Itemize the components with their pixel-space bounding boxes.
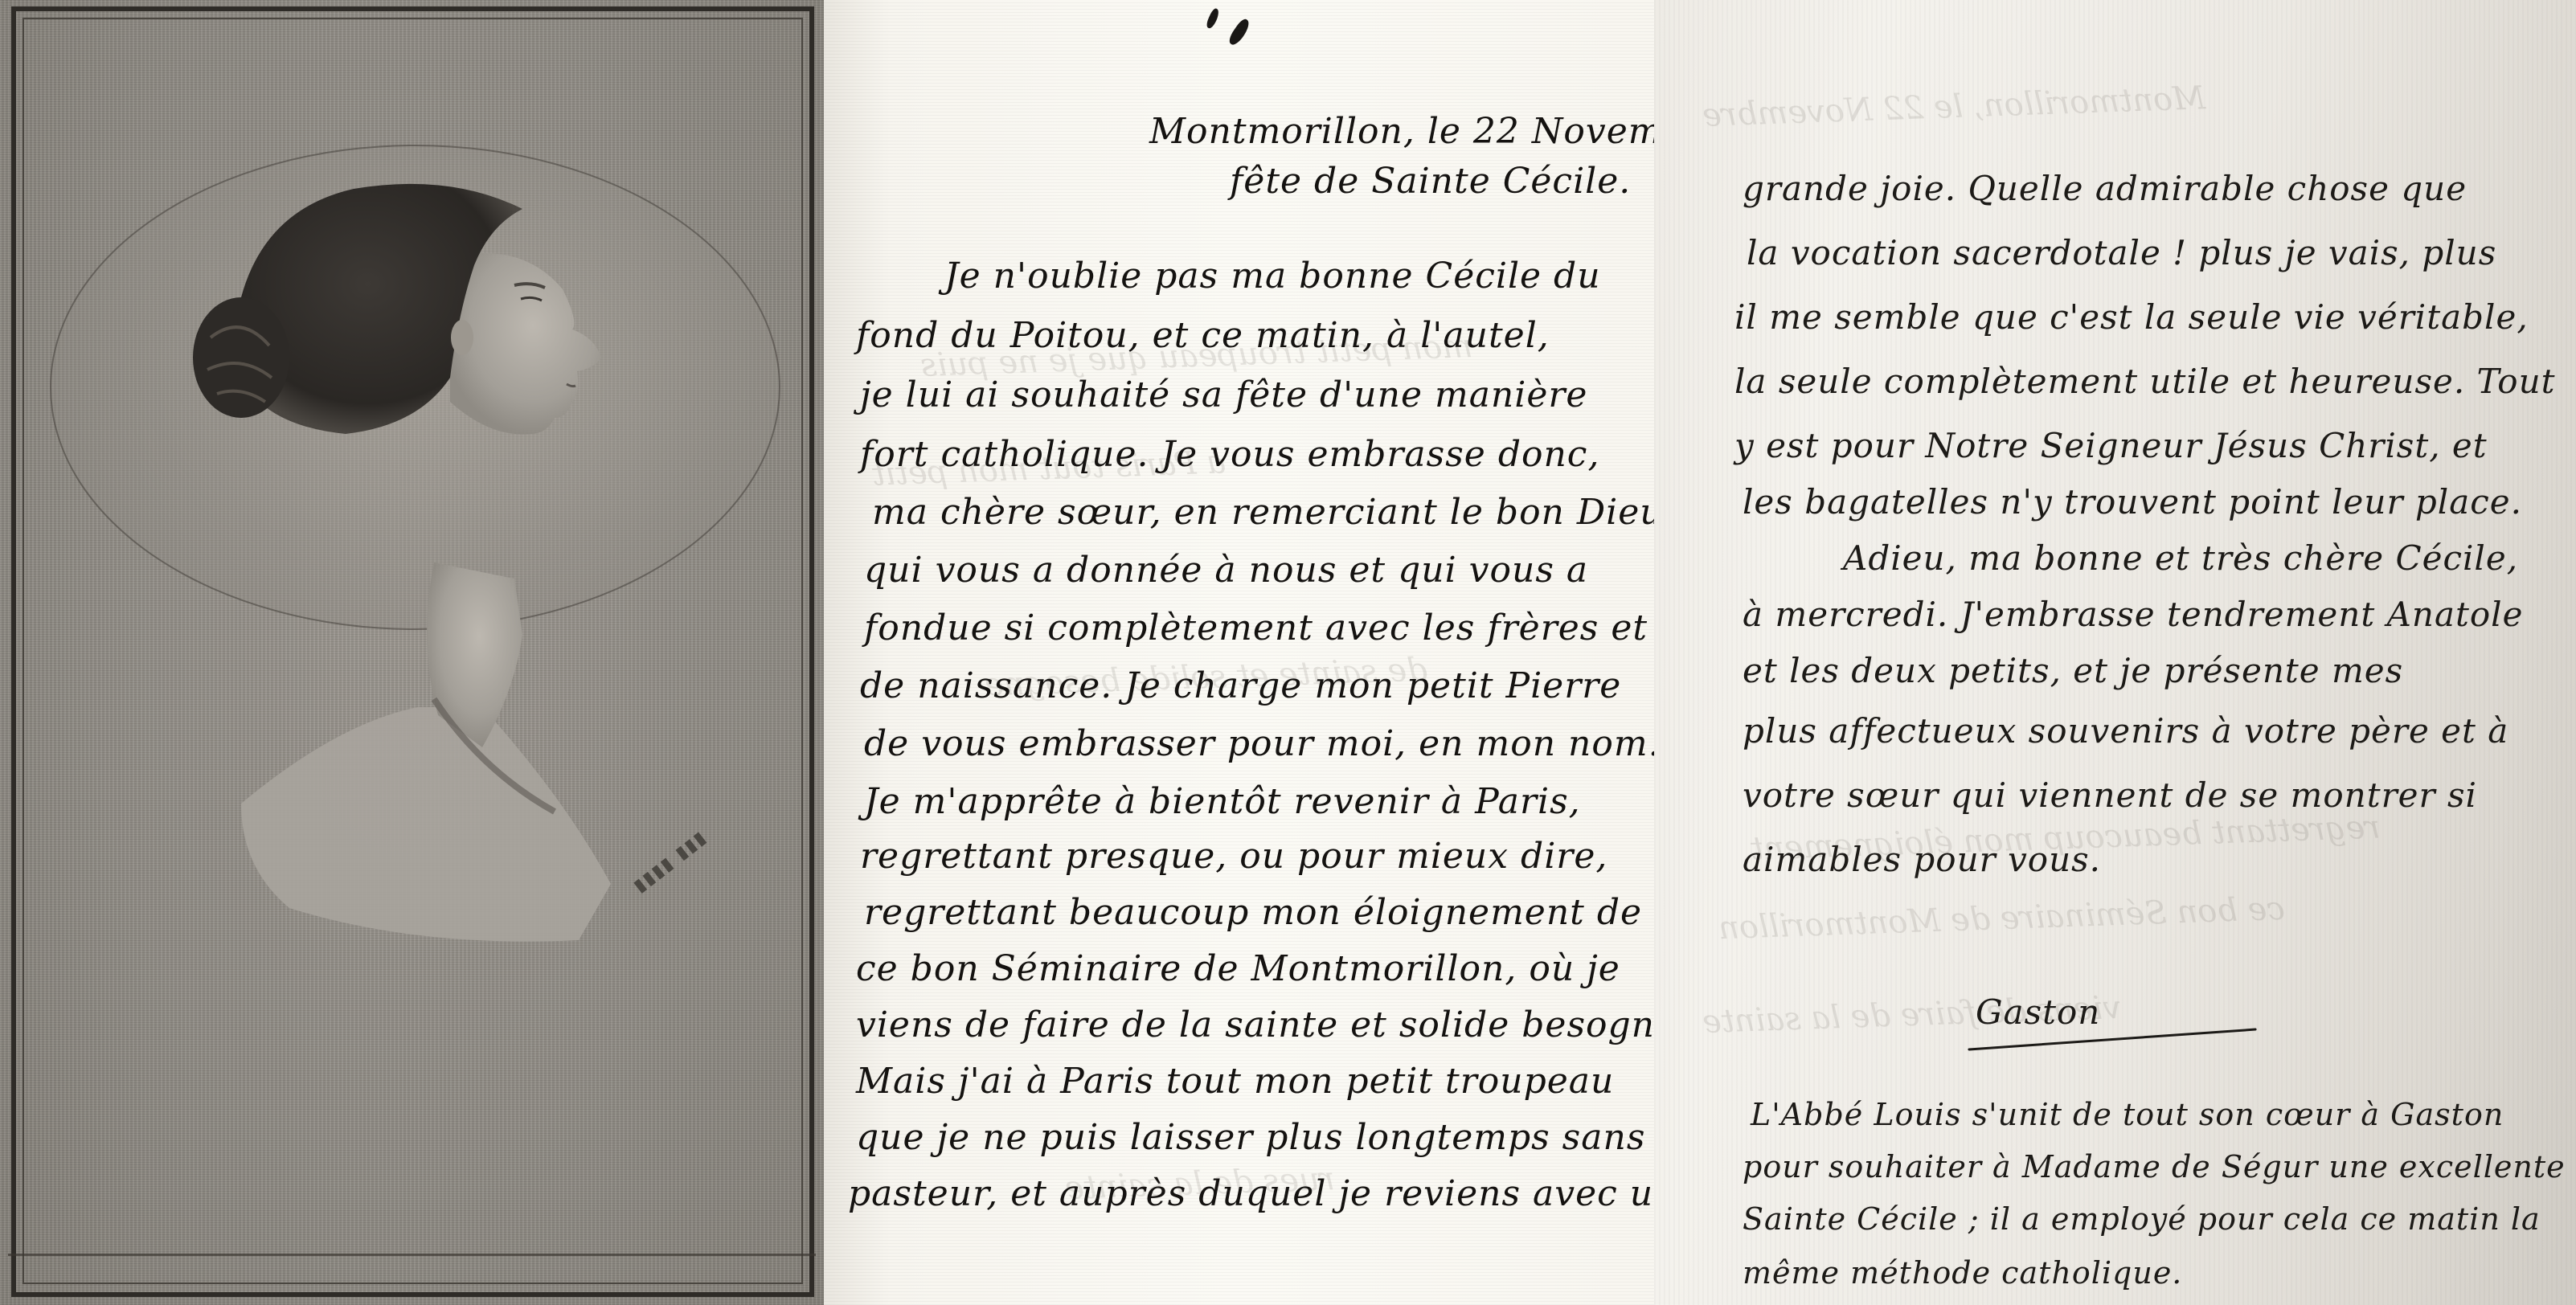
letter-line: la vocation sacerdotale ! plus je vais, … <box>1747 233 2496 272</box>
letter-line: regrettant presque, ou pour mieux dire, <box>860 836 1607 877</box>
closing-line: Adieu, ma bonne et très chère Cécile, <box>1843 538 2518 578</box>
letter-line: Mais j'ai à Paris tout mon petit troupea… <box>856 1061 1614 1102</box>
letter-place-date: Montmorillon, le 22 Novembre 1857 <box>1149 111 1655 152</box>
closing-line: à mercredi. J'embrasse tendrement Anatol… <box>1743 595 2523 634</box>
ink-mark <box>1227 17 1252 47</box>
letter-signature: Gaston <box>1976 992 2100 1032</box>
postscript-line: pour souhaiter à Madame de Ségur une exc… <box>1743 1149 2566 1184</box>
bleed-through-text: Montmorillon, le 22 Novembre <box>1702 80 2205 134</box>
bleed-through-text: ce bon Séminaire de Montmorillon <box>1718 890 2285 947</box>
letter-line: grande joie. Quelle admirable chose que <box>1743 169 2467 208</box>
letter-line: je lui ai souhaité sa fête d'une manière <box>860 374 1587 415</box>
letter-line: fort catholique. Je vous embrasse donc, <box>860 434 1599 475</box>
portrait-panel: illegible engraver signature ▮▮▮▮ ▮▮▮ <box>0 0 824 1305</box>
letter-line: qui vous a donnée à nous et qui vous a <box>864 550 1588 591</box>
letter-line: de naissance. Je charge mon petit Pierre <box>860 665 1621 706</box>
letter-line: ce bon Séminaire de Montmorillon, où je <box>856 948 1620 989</box>
letter-line: fond du Poitou, et ce matin, à l'autel, <box>856 315 1550 356</box>
closing-line: et les deux petits, et je présente mes <box>1743 651 2403 690</box>
closing-line: votre sœur qui viennent de se montrer si <box>1743 775 2477 815</box>
letter-line: Je n'oublie pas ma bonne Cécile du <box>944 256 1601 297</box>
letter-line: les bagatelles n'y trouvent point leur p… <box>1743 482 2522 522</box>
letter-line: viens de faire de la sainte et solide be… <box>856 1004 1655 1045</box>
letter-occasion: fête de Sainte Cécile. <box>1230 161 1631 202</box>
postscript-line: Sainte Cécile ; il a employé pour cela c… <box>1743 1201 2541 1237</box>
letter-page-2: Montmorillon, le 22 Novembre regrettant … <box>1654 0 2576 1305</box>
letter-line: de vous embrasser pour moi, en mon nom. <box>864 723 1655 764</box>
letter-page-1: mon petit troupeau que je ne puis à Pari… <box>824 0 1655 1305</box>
letter-line: Je m'apprête à bientôt revenir à Paris, <box>864 781 1581 822</box>
letter-line: regrettant beaucoup mon éloignement de <box>864 892 1642 933</box>
letter-line: que je ne puis laisser plus longtemps sa… <box>856 1117 1645 1158</box>
ink-mark <box>1205 7 1221 30</box>
letter-line: la seule complètement utile et heureuse.… <box>1734 362 2556 401</box>
letter-line: ma chère sœur, en remerciant le bon Dieu <box>872 492 1655 533</box>
letter-line: y est pour Notre Seigneur Jésus Christ, … <box>1734 426 2488 465</box>
closing-line: aimables pour vous. <box>1743 840 2101 879</box>
closing-line: plus affectueux souvenirs à votre père e… <box>1743 711 2508 751</box>
postscript-line: L'Abbé Louis s'unit de tout son cœur à G… <box>1751 1097 2504 1132</box>
letter-line: fondue si complètement avec les frères e… <box>864 607 1655 648</box>
woman-profile-portrait <box>0 0 824 1305</box>
postscript-line: même méthode catholique. <box>1743 1255 2182 1291</box>
letter-line: pasteur, et auprès duquel je reviens ave… <box>848 1173 1655 1214</box>
letter-line: il me semble que c'est la seule vie véri… <box>1734 297 2529 337</box>
